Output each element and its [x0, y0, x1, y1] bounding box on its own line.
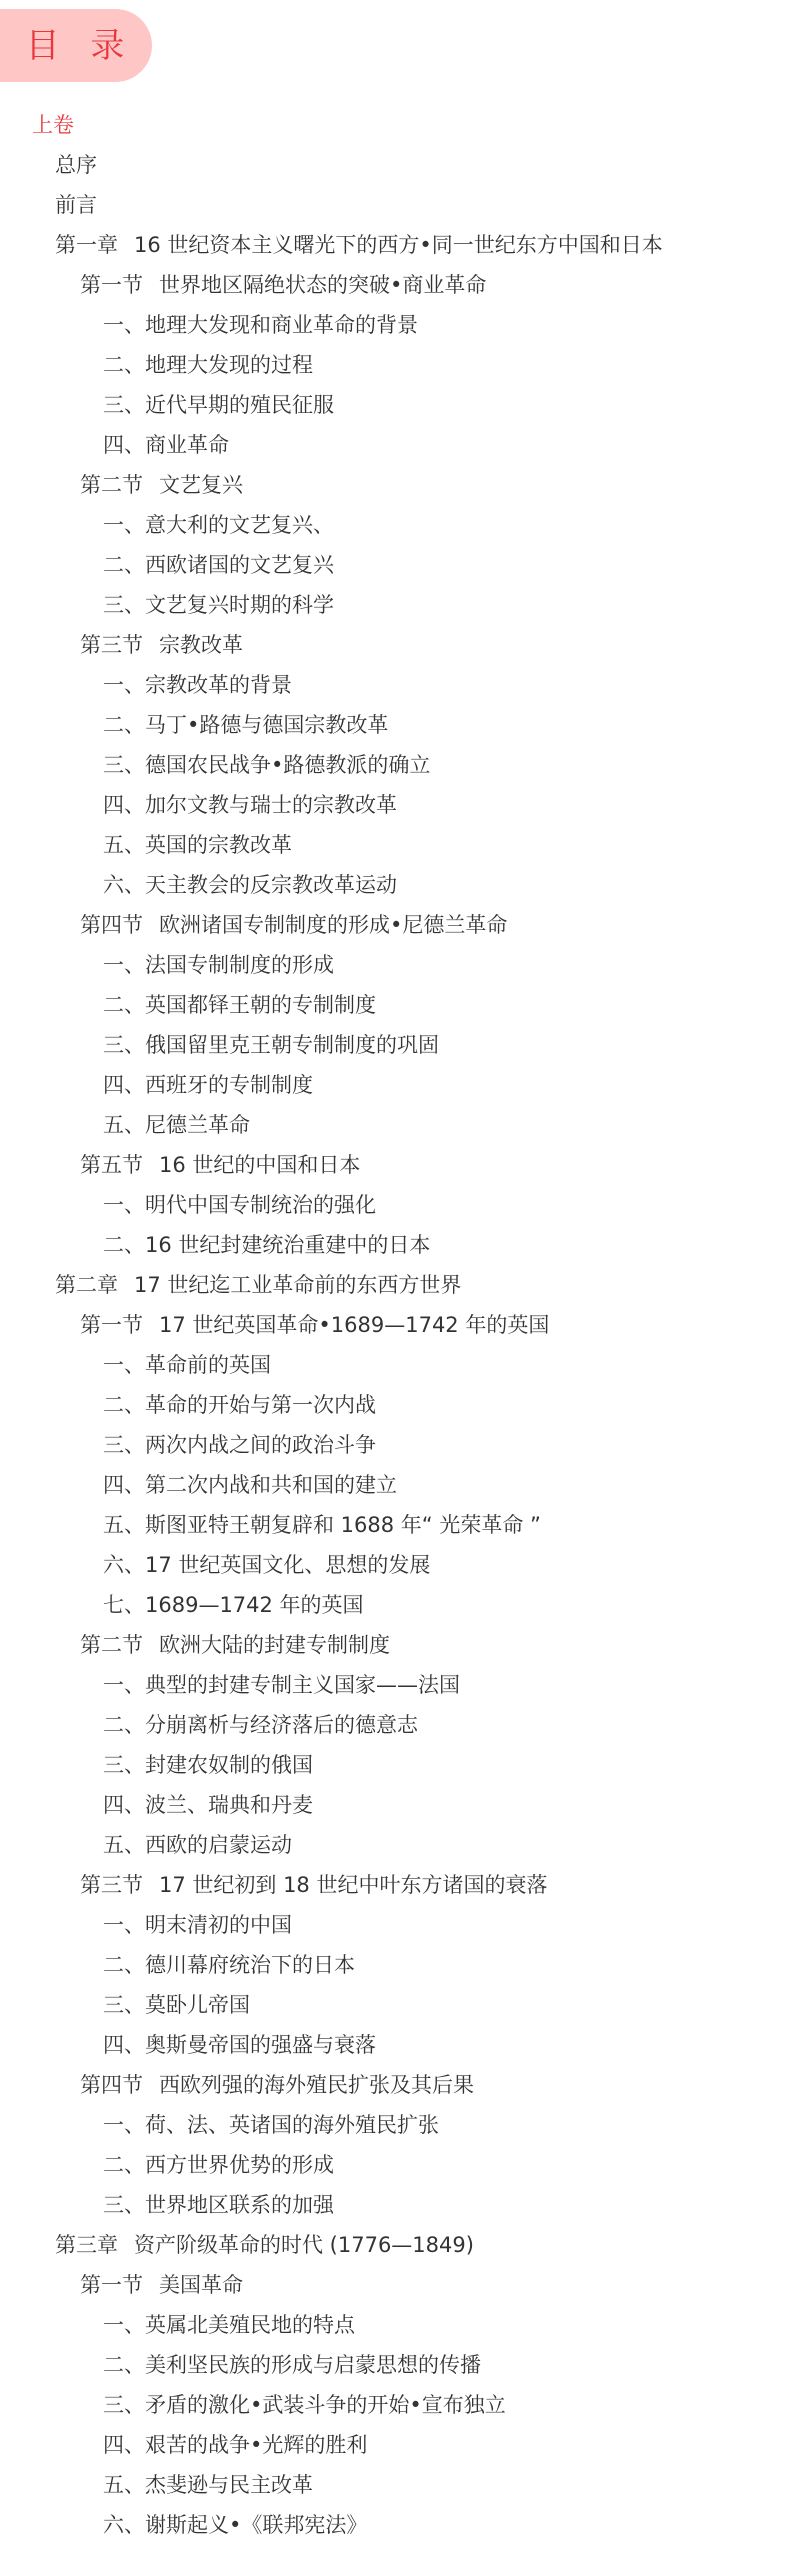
toc-item-title: 六、17 世纪英国文化、思想的发展 — [103, 1553, 430, 1577]
toc-item-title: 三、矛盾的激化•武装斗争的开始•宣布独立 — [103, 2393, 506, 2417]
toc-item-title: 16 世纪资本主义曙光下的西方•同一世纪东方中国和日本 — [134, 233, 663, 257]
toc-volume-link[interactable]: 上卷 — [0, 105, 790, 145]
toc-item-number: 第四节 — [80, 913, 143, 937]
toc-subsection-link[interactable]: 四、第二次内战和共和国的建立 — [0, 1465, 790, 1505]
toc-subsection-link[interactable]: 三、莫卧儿帝国 — [0, 1985, 790, 2025]
toc-section-link[interactable]: 第四节西欧列强的海外殖民扩张及其后果 — [0, 2065, 790, 2105]
toc-item-title: 文艺复兴 — [159, 473, 243, 497]
toc-subsection-link[interactable]: 四、艰苦的战争•光辉的胜利 — [0, 2425, 790, 2465]
toc-subsection-link[interactable]: 三、两次内战之间的政治斗争 — [0, 1425, 790, 1465]
toc-item-number: 第一节 — [80, 1313, 143, 1337]
toc-item-title: 17 世纪英国革命•1689—1742 年的英国 — [159, 1313, 549, 1337]
toc-subsection-link[interactable]: 一、典型的封建专制主义国家——法国 — [0, 1665, 790, 1705]
toc-item-title: 一、明代中国专制统治的强化 — [103, 1193, 376, 1217]
toc-subsection-link[interactable]: 二、16 世纪封建统治重建中的日本 — [0, 1225, 790, 1265]
toc-item-title: 三、德国农民战争•路德教派的确立 — [103, 753, 430, 777]
toc-subsection-link[interactable]: 一、英属北美殖民地的特点 — [0, 2305, 790, 2345]
toc-chapter-link[interactable]: 第三章资产阶级革命的时代 (1776—1849) — [0, 2225, 790, 2265]
toc-section-link[interactable]: 第三节17 世纪初到 18 世纪中叶东方诸国的衰落 — [0, 1865, 790, 1905]
toc-item-number: 第一节 — [80, 2273, 143, 2297]
toc-subsection-link[interactable]: 二、革命的开始与第一次内战 — [0, 1385, 790, 1425]
toc-item-title: 二、英国都铎王朝的专制制度 — [103, 993, 376, 1017]
toc-item-title: 二、西方世界优势的形成 — [103, 2153, 334, 2177]
toc-item-title: 二、美利坚民族的形成与启蒙思想的传播 — [103, 2353, 481, 2377]
toc-section-link[interactable]: 第二节文艺复兴 — [0, 465, 790, 505]
page-title: 目 录 — [18, 29, 135, 63]
toc-item-title: 四、加尔文教与瑞士的宗教改革 — [103, 793, 397, 817]
toc-item-title: 一、明末清初的中国 — [103, 1913, 292, 1937]
toc-subsection-link[interactable]: 七、1689—1742 年的英国 — [0, 1585, 790, 1625]
toc-item-title: 欧洲诸国专制制度的形成•尼德兰革命 — [159, 913, 507, 937]
toc-subsection-link[interactable]: 四、加尔文教与瑞士的宗教改革 — [0, 785, 790, 825]
toc-item-title: 五、尼德兰革命 — [103, 1113, 250, 1137]
toc-item-title: 一、法国专制制度的形成 — [103, 953, 334, 977]
toc-item-title: 四、西班牙的专制制度 — [103, 1073, 313, 1097]
toc-item-title: 七、1689—1742 年的英国 — [103, 1593, 364, 1617]
toc-subsection-link[interactable]: 三、俄国留里克王朝专制制度的巩固 — [0, 1025, 790, 1065]
toc-item-title: 六、谢斯起义•《联邦宪法》 — [103, 2513, 367, 2537]
toc-item-number: 第三章 — [55, 2233, 118, 2257]
toc-subsection-link[interactable]: 一、革命前的英国 — [0, 1345, 790, 1385]
toc-subsection-link[interactable]: 二、西欧诸国的文艺复兴 — [0, 545, 790, 585]
toc-item-title: 一、英属北美殖民地的特点 — [103, 2313, 355, 2337]
toc-item-number: 第一节 — [80, 273, 143, 297]
toc-chapter-link[interactable]: 第一章16 世纪资本主义曙光下的西方•同一世纪东方中国和日本 — [0, 225, 790, 265]
toc-subsection-link[interactable]: 二、美利坚民族的形成与启蒙思想的传播 — [0, 2345, 790, 2385]
toc-item-number: 第一章 — [55, 233, 118, 257]
toc-chapter-link[interactable]: 总序 — [0, 145, 790, 185]
toc-item-title: 美国革命 — [159, 2273, 243, 2297]
toc-item-title: 五、西欧的启蒙运动 — [103, 1833, 292, 1857]
toc-subsection-link[interactable]: 四、商业革命 — [0, 425, 790, 465]
toc-item-number: 第四节 — [80, 2073, 143, 2097]
toc-item-title: 二、分崩离析与经济落后的德意志 — [103, 1713, 418, 1737]
toc-subsection-link[interactable]: 一、意大利的文艺复兴、 — [0, 505, 790, 545]
toc-item-number: 第二节 — [80, 473, 143, 497]
toc-subsection-link[interactable]: 六、谢斯起义•《联邦宪法》 — [0, 2505, 790, 2545]
toc-item-title: 一、典型的封建专制主义国家——法国 — [103, 1673, 460, 1697]
toc-section-link[interactable]: 第四节欧洲诸国专制制度的形成•尼德兰革命 — [0, 905, 790, 945]
toc-subsection-link[interactable]: 五、尼德兰革命 — [0, 1105, 790, 1145]
toc-item-number: 第三节 — [80, 1873, 143, 1897]
toc-item-title: 世界地区隔绝状态的突破•商业革命 — [159, 273, 486, 297]
toc-item-number: 第五节 — [80, 1153, 143, 1177]
toc-subsection-link[interactable]: 一、明代中国专制统治的强化 — [0, 1185, 790, 1225]
toc-item-number: 第二节 — [80, 1633, 143, 1657]
toc-item-title: 二、德川幕府统治下的日本 — [103, 1953, 355, 1977]
toc-item-title: 二、地理大发现的过程 — [103, 353, 313, 377]
toc-item-title: 上卷 — [32, 113, 74, 137]
toc-subsection-link[interactable]: 三、世界地区联系的加强 — [0, 2185, 790, 2225]
table-of-contents: 上卷总序前言第一章16 世纪资本主义曙光下的西方•同一世纪东方中国和日本第一节世… — [0, 105, 790, 2545]
toc-subsection-link[interactable]: 三、文艺复兴时期的科学 — [0, 585, 790, 625]
toc-item-title: 二、西欧诸国的文艺复兴 — [103, 553, 334, 577]
toc-section-link[interactable]: 第一节世界地区隔绝状态的突破•商业革命 — [0, 265, 790, 305]
toc-section-link[interactable]: 第五节16 世纪的中国和日本 — [0, 1145, 790, 1185]
toc-subsection-link[interactable]: 五、斯图亚特王朝复辟和 1688 年“ 光荣革命 ” — [0, 1505, 790, 1545]
toc-item-title: 六、天主教会的反宗教改革运动 — [103, 873, 397, 897]
toc-item-title: 四、商业革命 — [103, 433, 229, 457]
toc-item-title: 五、英国的宗教改革 — [103, 833, 292, 857]
toc-item-title: 三、两次内战之间的政治斗争 — [103, 1433, 376, 1457]
toc-subsection-link[interactable]: 一、明末清初的中国 — [0, 1905, 790, 1945]
toc-item-title: 二、革命的开始与第一次内战 — [103, 1393, 376, 1417]
toc-item-title: 17 世纪迄工业革命前的东西方世界 — [134, 1273, 461, 1297]
toc-item-title: 16 世纪的中国和日本 — [159, 1153, 360, 1177]
toc-section-link[interactable]: 第一节17 世纪英国革命•1689—1742 年的英国 — [0, 1305, 790, 1345]
toc-subsection-link[interactable]: 二、马丁•路德与德国宗教改革 — [0, 705, 790, 745]
toc-item-title: 四、奥斯曼帝国的强盛与衰落 — [103, 2033, 376, 2057]
toc-subsection-link[interactable]: 四、奥斯曼帝国的强盛与衰落 — [0, 2025, 790, 2065]
toc-item-title: 四、波兰、瑞典和丹麦 — [103, 1793, 313, 1817]
toc-item-title: 一、地理大发现和商业革命的背景 — [103, 313, 418, 337]
toc-item-title: 三、俄国留里克王朝专制制度的巩固 — [103, 1033, 439, 1057]
toc-item-title: 三、封建农奴制的俄国 — [103, 1753, 313, 1777]
toc-subsection-link[interactable]: 六、17 世纪英国文化、思想的发展 — [0, 1545, 790, 1585]
toc-subsection-link[interactable]: 二、地理大发现的过程 — [0, 345, 790, 385]
toc-item-title: 五、斯图亚特王朝复辟和 1688 年“ 光荣革命 ” — [103, 1513, 541, 1537]
toc-section-link[interactable]: 第三节宗教改革 — [0, 625, 790, 665]
toc-chapter-link[interactable]: 第二章17 世纪迄工业革命前的东西方世界 — [0, 1265, 790, 1305]
toc-subsection-link[interactable]: 三、矛盾的激化•武装斗争的开始•宣布独立 — [0, 2385, 790, 2425]
toc-subsection-link[interactable]: 一、地理大发现和商业革命的背景 — [0, 305, 790, 345]
toc-subsection-link[interactable]: 一、荷、法、英诸国的海外殖民扩张 — [0, 2105, 790, 2145]
toc-item-title: 一、革命前的英国 — [103, 1353, 271, 1377]
toc-item-title: 一、荷、法、英诸国的海外殖民扩张 — [103, 2113, 439, 2137]
toc-item-title: 17 世纪初到 18 世纪中叶东方诸国的衰落 — [159, 1873, 547, 1897]
toc-subsection-link[interactable]: 五、西欧的启蒙运动 — [0, 1825, 790, 1865]
toc-item-title: 欧洲大陆的封建专制制度 — [159, 1633, 390, 1657]
toc-item-title: 西欧列强的海外殖民扩张及其后果 — [159, 2073, 474, 2097]
toc-subsection-link[interactable]: 四、西班牙的专制制度 — [0, 1065, 790, 1105]
toc-item-title: 四、艰苦的战争•光辉的胜利 — [103, 2433, 367, 2457]
toc-header: 目 录 — [0, 9, 152, 82]
toc-section-link[interactable]: 第二节欧洲大陆的封建专制制度 — [0, 1625, 790, 1665]
toc-subsection-link[interactable]: 二、英国都铎王朝的专制制度 — [0, 985, 790, 1025]
toc-subsection-link[interactable]: 五、英国的宗教改革 — [0, 825, 790, 865]
toc-item-title: 五、杰斐逊与民主改革 — [103, 2473, 313, 2497]
toc-subsection-link[interactable]: 二、西方世界优势的形成 — [0, 2145, 790, 2185]
toc-item-title: 资产阶级革命的时代 (1776—1849) — [134, 2233, 474, 2257]
toc-item-title: 三、莫卧儿帝国 — [103, 1993, 250, 2017]
toc-item-title: 二、16 世纪封建统治重建中的日本 — [103, 1233, 430, 1257]
toc-item-title: 前言 — [55, 193, 97, 217]
toc-chapter-link[interactable]: 前言 — [0, 185, 790, 225]
toc-item-title: 四、第二次内战和共和国的建立 — [103, 1473, 397, 1497]
toc-item-title: 一、意大利的文艺复兴、 — [103, 513, 334, 537]
toc-subsection-link[interactable]: 一、法国专制制度的形成 — [0, 945, 790, 985]
toc-item-title: 三、近代早期的殖民征服 — [103, 393, 334, 417]
toc-subsection-link[interactable]: 五、杰斐逊与民主改革 — [0, 2465, 790, 2505]
toc-subsection-link[interactable]: 二、德川幕府统治下的日本 — [0, 1945, 790, 1985]
toc-item-title: 三、世界地区联系的加强 — [103, 2193, 334, 2217]
toc-item-title: 一、宗教改革的背景 — [103, 673, 292, 697]
toc-item-title: 宗教改革 — [159, 633, 243, 657]
toc-subsection-link[interactable]: 三、德国农民战争•路德教派的确立 — [0, 745, 790, 785]
toc-subsection-link[interactable]: 四、波兰、瑞典和丹麦 — [0, 1785, 790, 1825]
toc-subsection-link[interactable]: 三、近代早期的殖民征服 — [0, 385, 790, 425]
toc-subsection-link[interactable]: 一、宗教改革的背景 — [0, 665, 790, 705]
toc-subsection-link[interactable]: 二、分崩离析与经济落后的德意志 — [0, 1705, 790, 1745]
toc-subsection-link[interactable]: 三、封建农奴制的俄国 — [0, 1745, 790, 1785]
toc-item-title: 三、文艺复兴时期的科学 — [103, 593, 334, 617]
toc-item-title: 二、马丁•路德与德国宗教改革 — [103, 713, 388, 737]
toc-section-link[interactable]: 第一节美国革命 — [0, 2265, 790, 2305]
toc-item-title: 总序 — [55, 153, 97, 177]
toc-item-number: 第二章 — [55, 1273, 118, 1297]
toc-subsection-link[interactable]: 六、天主教会的反宗教改革运动 — [0, 865, 790, 905]
toc-item-number: 第三节 — [80, 633, 143, 657]
